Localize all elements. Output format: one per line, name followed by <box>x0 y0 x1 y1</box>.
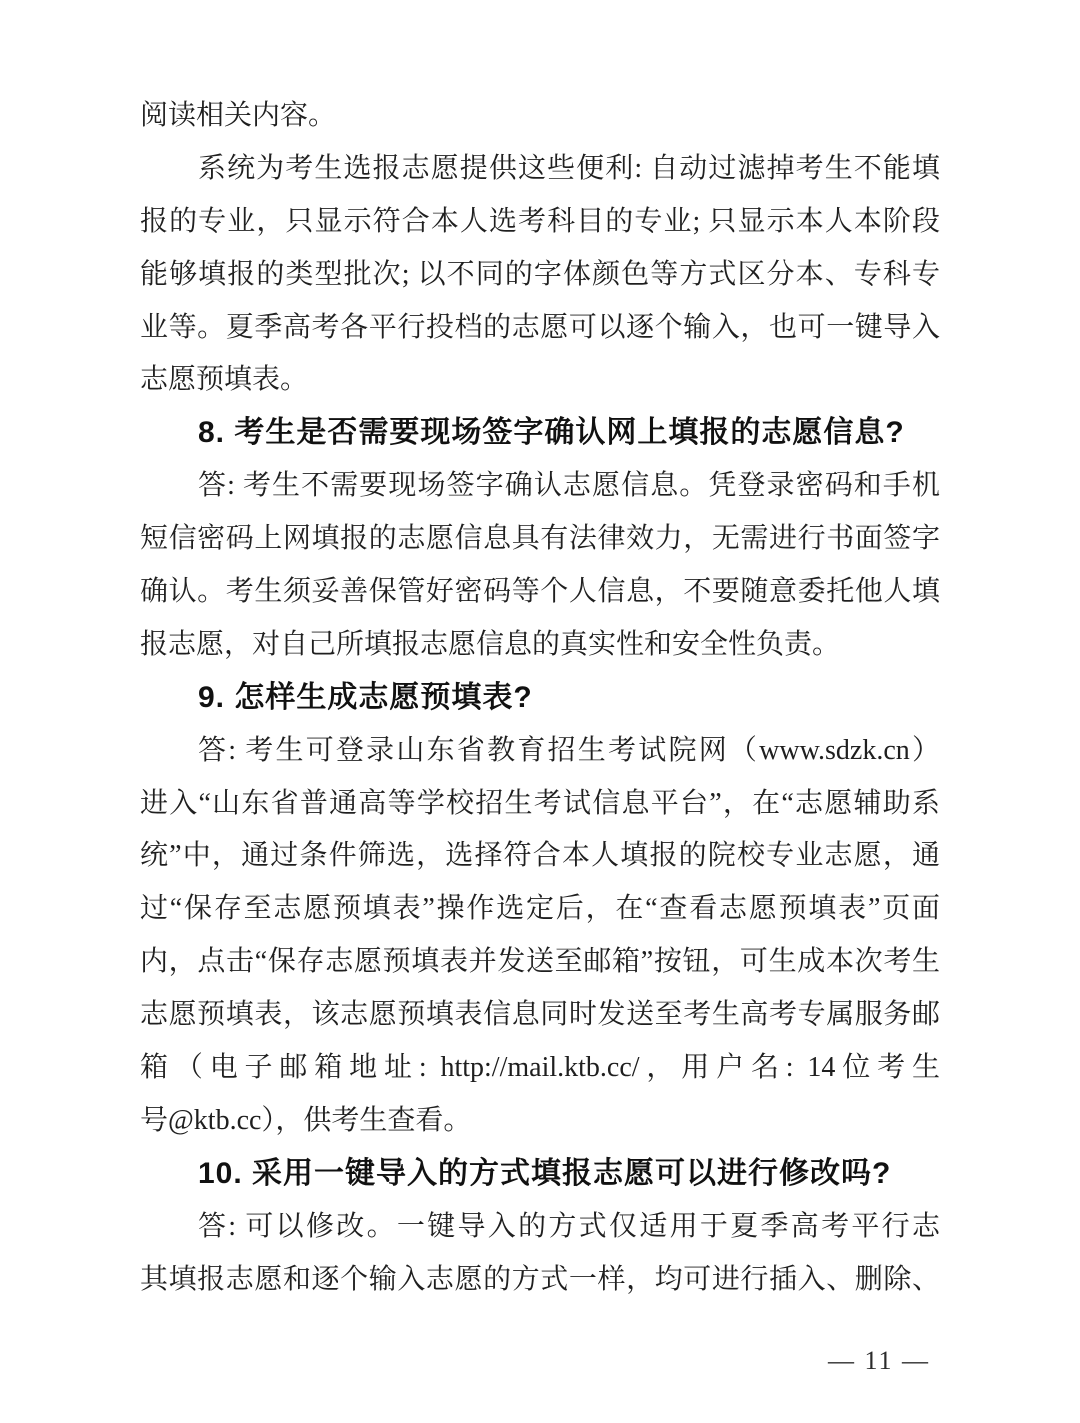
document-page: 阅读相关内容。系统为考生选报志愿提供这些便利: 自动过滤掉考生不能填报的专业，只… <box>0 0 1080 1423</box>
page-number: — 11 — <box>828 1346 930 1376</box>
question-9-heading: 9. 怎样生成志愿预填表? <box>140 672 940 725</box>
question-10-heading: 10. 采用一键导入的方式填报志愿可以进行修改吗? <box>140 1148 940 1201</box>
document-content: 阅读相关内容。系统为考生选报志愿提供这些便利: 自动过滤掉考生不能填报的专业，只… <box>140 90 940 1306</box>
answer-9-line-1: 答: 考生可登录山东省教育招生考试院网（www.sdzk.cn） <box>140 725 940 778</box>
answer-10-line-1: 答: 可以修改。一键导入的方式仅适用于夏季高考平行志愿， <box>140 1201 940 1254</box>
answer-8-line-2: 短信密码上网填报的志愿信息具有法律效力，无需进行书面签字 <box>140 513 940 566</box>
answer-9-line-8: 号@ktb.cc），供考生查看。 <box>140 1095 940 1148</box>
answer-9-line-2: 进入“山东省普通高等学校招生考试信息平台”，在“志愿辅助系 <box>140 778 940 831</box>
paragraph-system-benefits-line-5: 志愿预填表。 <box>140 354 940 407</box>
answer-8-line-4: 报志愿，对自己所填报志愿信息的真实性和安全性负责。 <box>140 619 940 672</box>
answer-9-line-6: 志愿预填表，该志愿预填表信息同时发送至考生高考专属服务邮 <box>140 989 940 1042</box>
answer-9-line-3: 统”中，通过条件筛选，选择符合本人填报的院校专业志愿，通 <box>140 830 940 883</box>
answer-8-line-1: 答: 考生不需要现场签字确认志愿信息。凭登录密码和手机 <box>140 460 940 513</box>
paragraph-system-benefits-line-4: 业等。夏季高考各平行投档的志愿可以逐个输入，也可一键导入 <box>140 302 940 355</box>
answer-8-line-3: 确认。考生须妥善保管好密码等个人信息，不要随意委托他人填 <box>140 566 940 619</box>
question-8-heading: 8. 考生是否需要现场签字确认网上填报的志愿信息? <box>140 407 940 460</box>
paragraph-continued-line-1: 阅读相关内容。 <box>140 90 940 143</box>
answer-9-line-5: 内，点击“保存志愿预填表并发送至邮箱”按钮，可生成本次考生 <box>140 936 940 989</box>
paragraph-system-benefits-line-1: 系统为考生选报志愿提供这些便利: 自动过滤掉考生不能填 <box>140 143 940 196</box>
answer-10-line-2: 其填报志愿和逐个输入志愿的方式一样，均可进行插入、删除、 <box>140 1254 940 1307</box>
answer-9-line-4: 过“保存至志愿预填表”操作选定后，在“查看志愿预填表”页面 <box>140 883 940 936</box>
paragraph-system-benefits-line-3: 能够填报的类型批次; 以不同的字体颜色等方式区分本、专科专 <box>140 249 940 302</box>
answer-9-line-7: 箱（电子邮箱地址: http://mail.ktb.cc/，用户名: 14位考生 <box>140 1042 940 1095</box>
paragraph-system-benefits-line-2: 报的专业，只显示符合本人选考科目的专业; 只显示本人本阶段 <box>140 196 940 249</box>
